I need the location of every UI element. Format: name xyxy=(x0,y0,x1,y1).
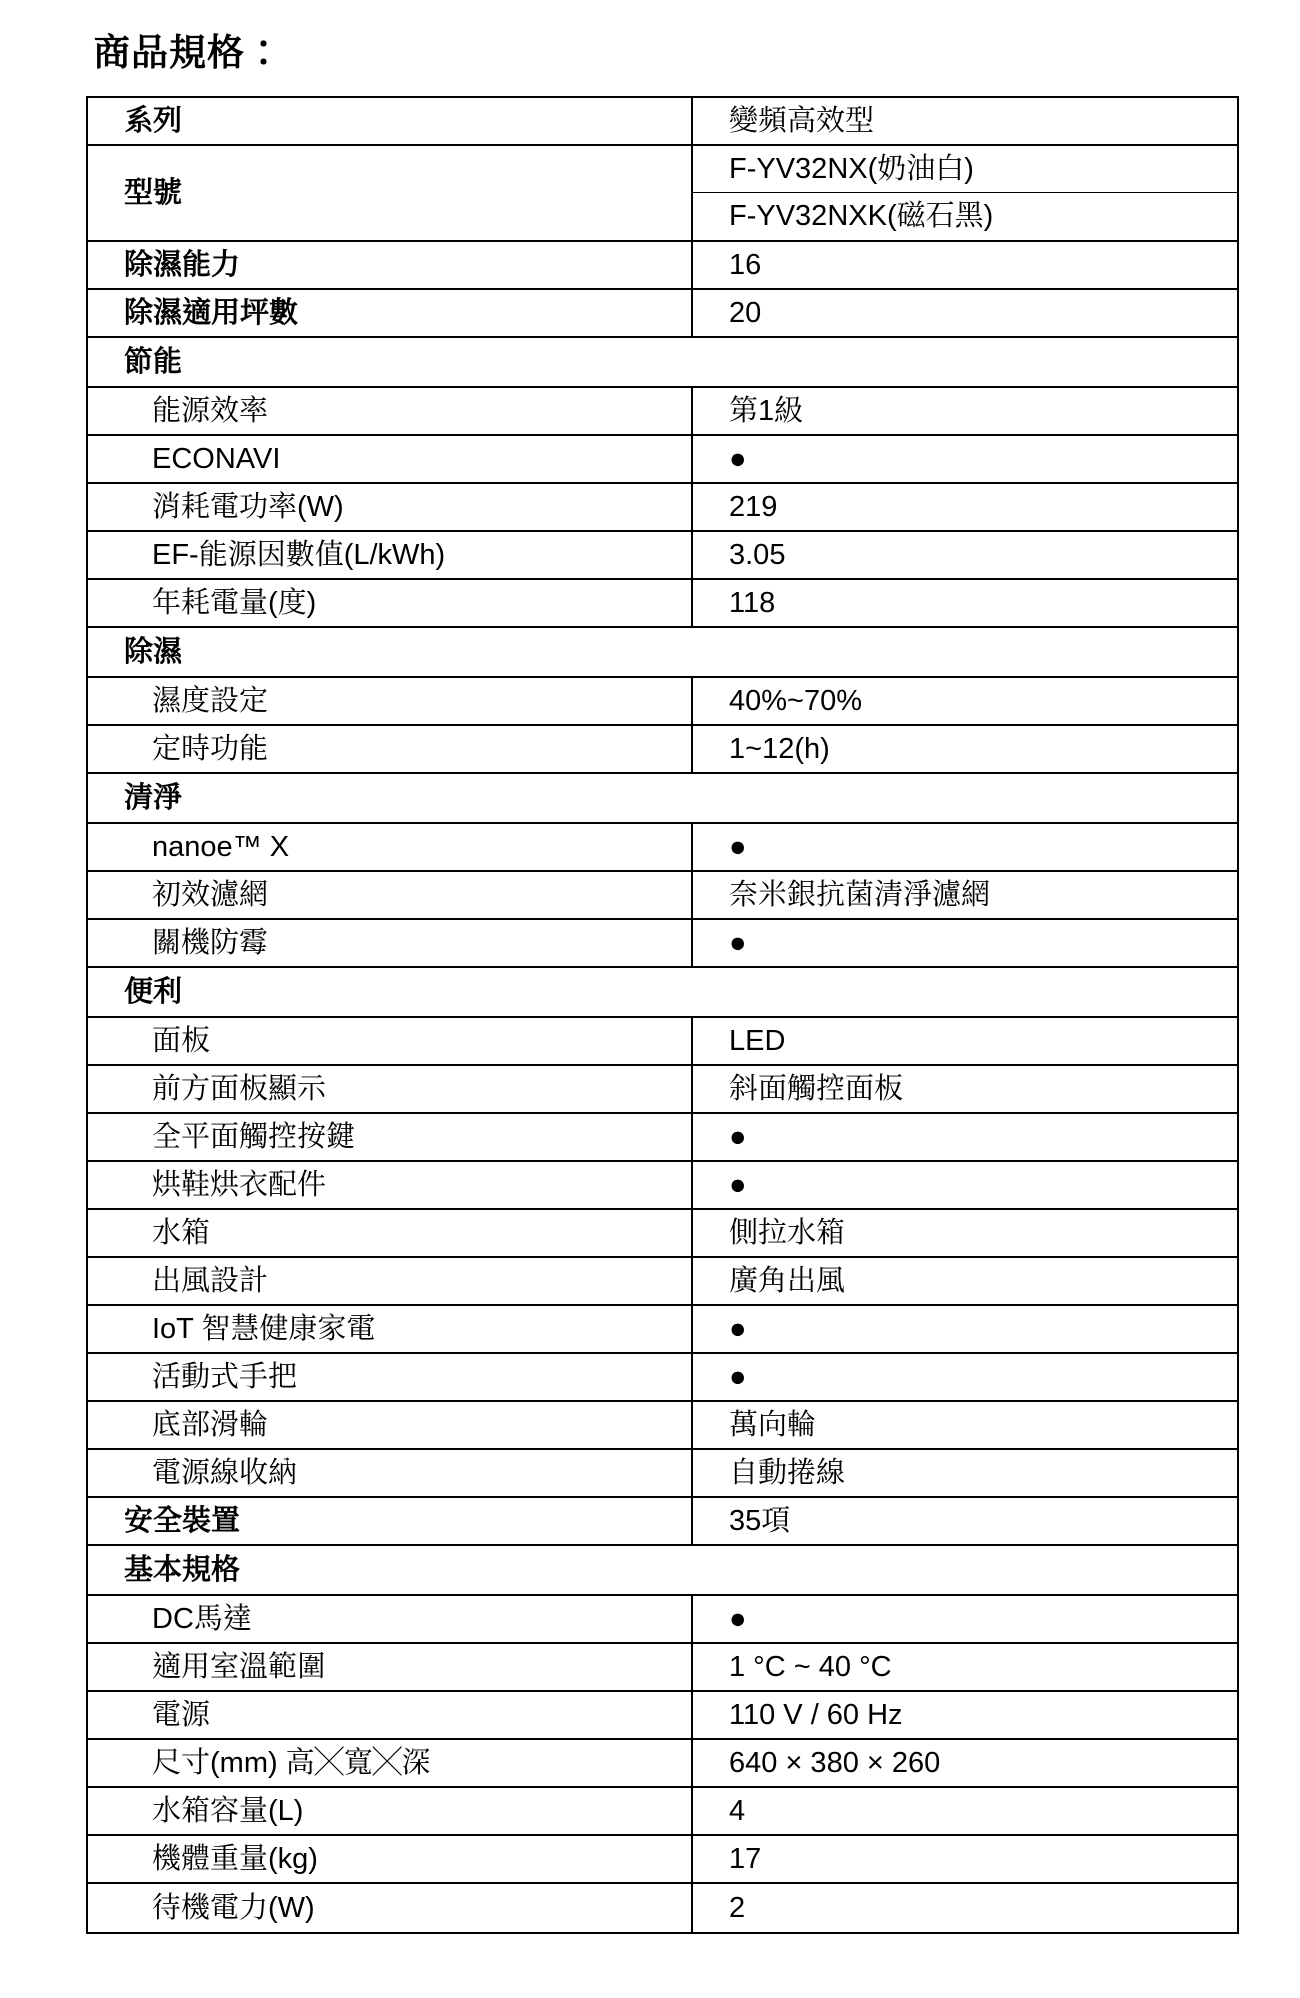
spec-label: 適用室溫範圍 xyxy=(88,1644,693,1690)
spec-value: ● xyxy=(693,824,1237,870)
spec-value: 17 xyxy=(693,1836,1237,1882)
spec-label: 待機電力(W) xyxy=(88,1884,693,1932)
spec-label: 初效濾網 xyxy=(88,872,693,918)
spec-value: ● xyxy=(693,436,1237,482)
spec-value: 第1級 xyxy=(693,388,1237,434)
section-header: 除濕 xyxy=(88,628,1237,676)
spec-label: 水箱 xyxy=(88,1210,693,1256)
section-header: 節能 xyxy=(88,338,1237,386)
spec-label: 面板 xyxy=(88,1018,693,1064)
spec-row: 底部滑輪萬向輪 xyxy=(88,1402,1237,1450)
spec-value: ● xyxy=(693,1354,1237,1400)
spec-row: 電源線收納自動捲線 xyxy=(88,1450,1237,1498)
spec-row: 出風設計廣角出風 xyxy=(88,1258,1237,1306)
section-header: 基本規格 xyxy=(88,1546,1237,1594)
spec-row: 能源效率第1級 xyxy=(88,388,1237,436)
spec-row: 面板LED xyxy=(88,1018,1237,1066)
spec-label: 安全裝置 xyxy=(88,1498,693,1544)
spec-value: 110 V / 60 Hz xyxy=(693,1692,1237,1738)
spec-row: nanoe™ X● xyxy=(88,824,1237,872)
spec-table: 系列變頻高效型型號F-YV32NX(奶油白)F-YV32NXK(磁石黑)除濕能力… xyxy=(86,96,1239,1934)
spec-label: DC馬達 xyxy=(88,1596,693,1642)
spec-row: 全平面觸控按鍵● xyxy=(88,1114,1237,1162)
spec-row: DC馬達● xyxy=(88,1596,1237,1644)
spec-row: 初效濾網奈米銀抗菌清淨濾網 xyxy=(88,872,1237,920)
spec-value: 斜面觸控面板 xyxy=(693,1066,1237,1112)
spec-label: 系列 xyxy=(88,98,693,144)
spec-row: 型號F-YV32NX(奶油白)F-YV32NXK(磁石黑) xyxy=(88,146,1237,242)
spec-row: 定時功能1~12(h) xyxy=(88,726,1237,774)
spec-value: ● xyxy=(693,920,1237,966)
spec-row: 安全裝置35項 xyxy=(88,1498,1237,1546)
spec-label: 尺寸(mm) 高╳寬╳深 xyxy=(88,1740,693,1786)
spec-label: 型號 xyxy=(88,146,693,240)
spec-value: 萬向輪 xyxy=(693,1402,1237,1448)
section-row: 除濕 xyxy=(88,628,1237,678)
spec-row: 系列變頻高效型 xyxy=(88,98,1237,146)
spec-value: F-YV32NX(奶油白) xyxy=(693,146,1237,193)
spec-label: IoT 智慧健康家電 xyxy=(88,1306,693,1352)
section-row: 便利 xyxy=(88,968,1237,1018)
spec-value: 廣角出風 xyxy=(693,1258,1237,1304)
spec-row: ECONAVI● xyxy=(88,436,1237,484)
spec-row: 活動式手把● xyxy=(88,1354,1237,1402)
section-header: 便利 xyxy=(88,968,1237,1016)
spec-row: 電源110 V / 60 Hz xyxy=(88,1692,1237,1740)
spec-value: 640 × 380 × 260 xyxy=(693,1740,1237,1786)
spec-row: 除濕適用坪數20 xyxy=(88,290,1237,338)
spec-value: 側拉水箱 xyxy=(693,1210,1237,1256)
spec-row: 待機電力(W)2 xyxy=(88,1884,1237,1932)
spec-value: F-YV32NXK(磁石黑) xyxy=(693,193,1237,240)
spec-row: 消耗電功率(W)219 xyxy=(88,484,1237,532)
spec-row: IoT 智慧健康家電● xyxy=(88,1306,1237,1354)
spec-label: 機體重量(kg) xyxy=(88,1836,693,1882)
spec-value: 3.05 xyxy=(693,532,1237,578)
spec-value: 4 xyxy=(693,1788,1237,1834)
spec-label: 消耗電功率(W) xyxy=(88,484,693,530)
spec-label: 除濕適用坪數 xyxy=(88,290,693,336)
spec-row: 烘鞋烘衣配件● xyxy=(88,1162,1237,1210)
spec-row: 年耗電量(度)118 xyxy=(88,580,1237,628)
spec-label: 水箱容量(L) xyxy=(88,1788,693,1834)
spec-label: ECONAVI xyxy=(88,436,693,482)
spec-row: 尺寸(mm) 高╳寬╳深640 × 380 × 260 xyxy=(88,1740,1237,1788)
spec-label: 年耗電量(度) xyxy=(88,580,693,626)
spec-label: 烘鞋烘衣配件 xyxy=(88,1162,693,1208)
spec-value: LED xyxy=(693,1018,1237,1064)
spec-value: 35項 xyxy=(693,1498,1237,1544)
spec-value: ● xyxy=(693,1114,1237,1160)
spec-row: 關機防霉● xyxy=(88,920,1237,968)
spec-label: 除濕能力 xyxy=(88,242,693,288)
spec-value: ● xyxy=(693,1306,1237,1352)
spec-row: 濕度設定40%~70% xyxy=(88,678,1237,726)
spec-row: 機體重量(kg)17 xyxy=(88,1836,1237,1884)
spec-row: 除濕能力16 xyxy=(88,242,1237,290)
section-row: 節能 xyxy=(88,338,1237,388)
spec-value: 奈米銀抗菌清淨濾網 xyxy=(693,872,1237,918)
spec-value: 20 xyxy=(693,290,1237,336)
spec-value: 118 xyxy=(693,580,1237,626)
spec-page: 商品規格： 系列變頻高效型型號F-YV32NX(奶油白)F-YV32NXK(磁石… xyxy=(0,0,1300,1998)
spec-label: 關機防霉 xyxy=(88,920,693,966)
spec-row: 適用室溫範圍1 °C ~ 40 °C xyxy=(88,1644,1237,1692)
spec-label: 能源效率 xyxy=(88,388,693,434)
spec-label: 濕度設定 xyxy=(88,678,693,724)
section-row: 基本規格 xyxy=(88,1546,1237,1596)
spec-row: 前方面板顯示斜面觸控面板 xyxy=(88,1066,1237,1114)
spec-value: 1 °C ~ 40 °C xyxy=(693,1644,1237,1690)
spec-label: nanoe™ X xyxy=(88,824,693,870)
spec-value: 自動捲線 xyxy=(693,1450,1237,1496)
section-header: 清淨 xyxy=(88,774,1237,822)
spec-value: 219 xyxy=(693,484,1237,530)
spec-value: 1~12(h) xyxy=(693,726,1237,772)
spec-value: 16 xyxy=(693,242,1237,288)
spec-label: 前方面板顯示 xyxy=(88,1066,693,1112)
spec-value: ● xyxy=(693,1596,1237,1642)
spec-label: EF-能源因數值(L/kWh) xyxy=(88,532,693,578)
spec-label: 電源 xyxy=(88,1692,693,1738)
spec-row: 水箱側拉水箱 xyxy=(88,1210,1237,1258)
spec-label: 電源線收納 xyxy=(88,1450,693,1496)
spec-label: 定時功能 xyxy=(88,726,693,772)
spec-label: 底部滑輪 xyxy=(88,1402,693,1448)
spec-row: 水箱容量(L)4 xyxy=(88,1788,1237,1836)
spec-value: 40%~70% xyxy=(693,678,1237,724)
spec-value: 變頻高效型 xyxy=(693,98,1237,144)
spec-value: 2 xyxy=(693,1884,1237,1932)
page-title: 商品規格： xyxy=(93,22,283,76)
spec-label: 全平面觸控按鍵 xyxy=(88,1114,693,1160)
spec-label: 活動式手把 xyxy=(88,1354,693,1400)
model-values: F-YV32NX(奶油白)F-YV32NXK(磁石黑) xyxy=(693,146,1237,240)
spec-label: 出風設計 xyxy=(88,1258,693,1304)
section-row: 清淨 xyxy=(88,774,1237,824)
spec-value: ● xyxy=(693,1162,1237,1208)
spec-row: EF-能源因數值(L/kWh)3.05 xyxy=(88,532,1237,580)
